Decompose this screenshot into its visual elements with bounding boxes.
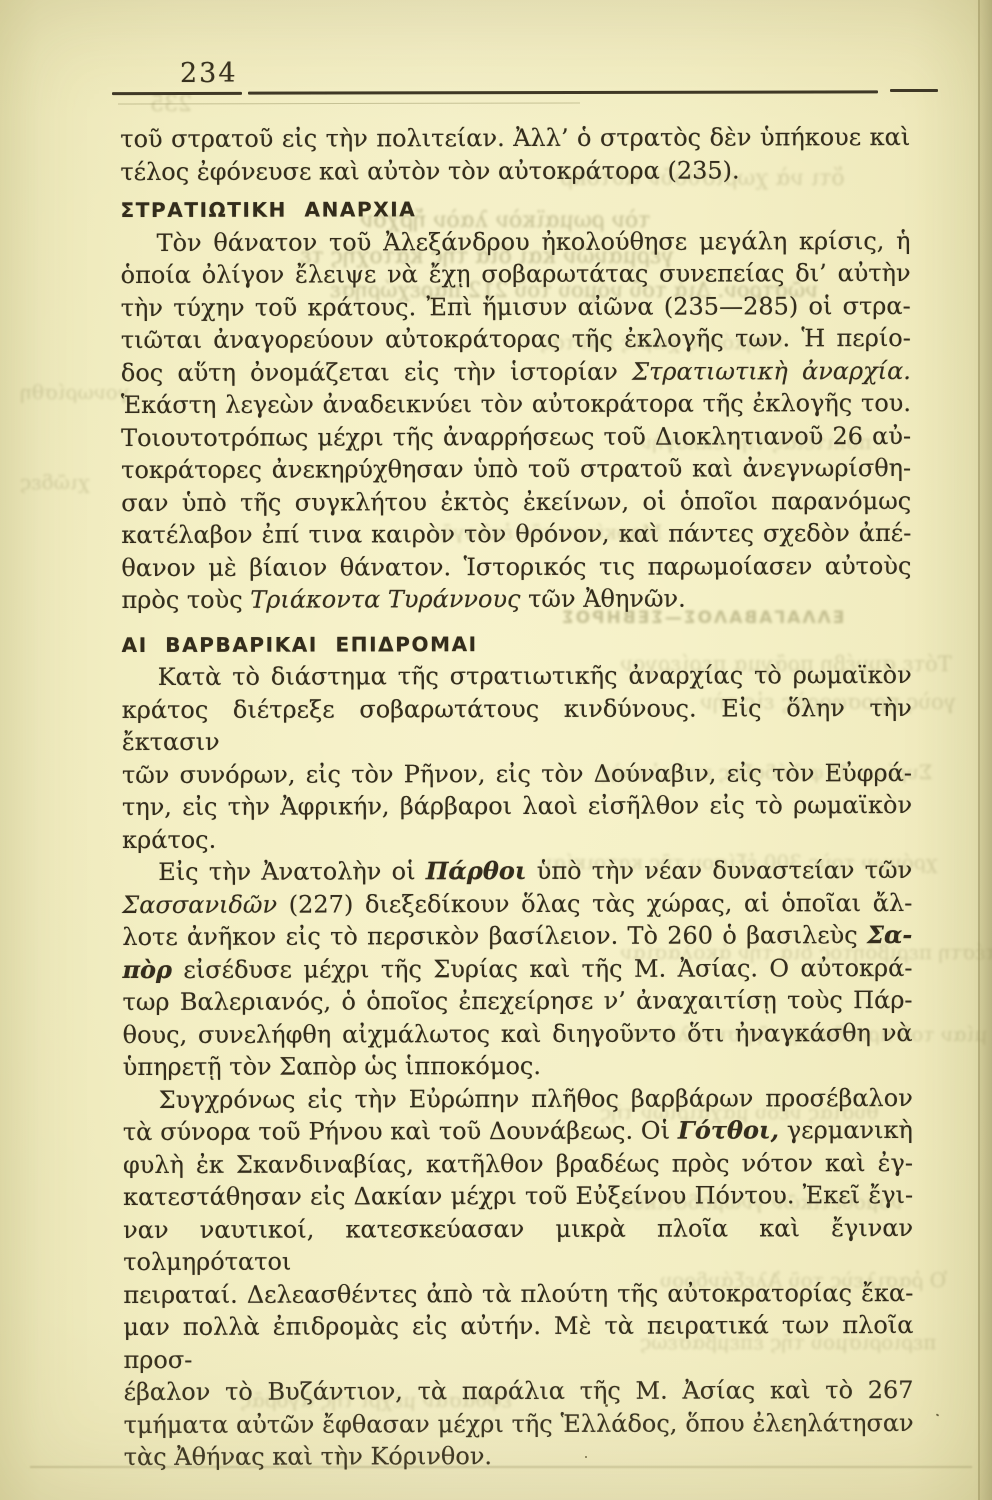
text-line: Σασσανιδῶν (227) διεξεδίκουν ὅλας τὰς χώ… [122, 886, 912, 921]
text-line: Συγχρόνως εἰς τὴν Εὐρώπην πλῆθος βαρβάρω… [123, 1081, 913, 1116]
text-line: κράτος. [122, 821, 912, 856]
text-line: πειραταί. Δελεασθέντες ἀπὸ τὰ πλούτη τῆς… [123, 1276, 913, 1311]
paragraph-parthians-sassanids: Εἰς τὴν Ἀνατολὴν οἱ Πάρθοι ὑπὸ τὴν νέαν … [122, 854, 913, 1084]
page-number: 234 [180, 58, 238, 89]
text-line: Ἑκάστη λεγεὼν ἀναδεικνύει τὸν αὐτοκράτορ… [121, 387, 911, 422]
text-line: έβαλον τὸ Βυζάντιον, τὰ παράλια τῆς Μ. Ἀ… [124, 1374, 914, 1409]
header-rule-left [112, 92, 242, 95]
text-column: τοῦ στρατοῦ εἰς τὴν πολιτείαν. Ἀλλ’ ὁ στ… [120, 121, 914, 1474]
text-line: φυλὴ ἐκ Σκανδιναβίας, κατῆλθον βραδέως π… [123, 1146, 913, 1181]
text-line: δος αὕτη ὀνομάζεται εἰς τὴν ἱστορίαν Στρ… [121, 354, 911, 389]
text-line: θανον μὲ βίαιον θάνατον. Ἱστορικός τις π… [121, 549, 911, 584]
paper-speck [936, 1413, 940, 1416]
paper-speck [585, 1456, 587, 1458]
paper-speck [605, 1404, 608, 1407]
text-line: τὴν τύχην τοῦ κράτους. Ἐπὶ ἥμισυν αἰῶνα … [121, 289, 911, 324]
bleedthrough-text: χιῶδες [20, 470, 90, 494]
paragraph-intro-continuation: τοῦ στρατοῦ εἰς τὴν πολιτείαν. Ἀλλ’ ὁ στ… [120, 121, 910, 188]
page-edge-shade [980, 0, 992, 1500]
text-line: τοῦ στρατοῦ εἰς τὴν πολιτείαν. Ἀλλ’ ὁ στ… [120, 121, 910, 156]
text-line: τοκράτορες ἀνεκηρύχθησαν ὑπὸ τοῦ στρατοῦ… [121, 452, 911, 487]
text-line: Κατὰ τὸ διάστημα τῆς στρατιωτικῆς ἀναρχί… [122, 659, 912, 694]
header-rule-echo [118, 103, 580, 105]
book-page: 235ὅτι νὰ χωρισθοῦν αὐτοκρτὸν ρωμαϊκὸν λ… [0, 0, 992, 1500]
text-line: Τοιουτοτρόπως μέχρι τῆς ἀναρρήσεως τοῦ Δ… [121, 419, 911, 454]
text-line: ναν ναυτικοί, κατεσκεύασαν μικρὰ πλοῖα κ… [123, 1211, 913, 1278]
text-line: θους, συνελήφθη αἰχμάλωτος καὶ διηγοῦντο… [123, 1016, 913, 1051]
section-heading-military-anarchy: ΣΤΡΑΤΙΩΤΙΚΗ ΑΝΑΡΧΙΑ [120, 192, 910, 227]
bleedthrough-text: γονωρίσθη [20, 380, 130, 404]
text-line: τιῶται ἀναγορεύουν αὐτοκράτορας τῆς ἐκλο… [121, 322, 911, 357]
text-line: κατέλαβον ἐπί τινα καιρὸν τὸν θρόνον, κα… [121, 517, 911, 552]
header-rule-middle [248, 90, 878, 94]
text-line: κράτος διέτρεξε σοβαρωτάτους κινδύνους. … [122, 691, 912, 758]
text-line: τῶν συνόρων, εἰς τὸν Ρῆνον, εἰς τὸν Δούν… [122, 756, 912, 791]
text-line: Τὸν θάνατον τοῦ Ἀλεξάνδρου ἠκολούθησε με… [121, 224, 911, 259]
text-line: τὰς Ἀθήνας καὶ τὴν Κόρινθον. [124, 1439, 914, 1474]
text-line: τέλος ἐφόνευσε καὶ αὐτὸν τὸν αὐτοκράτορα… [120, 153, 910, 188]
section-heading-barbarian-invasions: ΑΙ ΒΑΡΒΑΡΙΚΑΙ ΕΠΙΔΡΟΜΑΙ [122, 626, 912, 661]
text-line: την, εἰς τὴν Ἀφρικήν, βάρβαροι λαοὶ εἰσῆ… [122, 789, 912, 824]
paragraph-barbarian-danger: Κατὰ τὸ διάστημα τῆς στρατιωτικῆς ἀναρχί… [122, 659, 913, 856]
paragraph-military-anarchy: Τὸν θάνατον τοῦ Ἀλεξάνδρου ἠκολούθησε με… [121, 224, 912, 616]
text-line: λοτε ἀνῆκον εἰς τὸ περσικὸν βασίλειον. Τ… [122, 919, 912, 954]
text-line: τὰ σύνορα τοῦ Ρήνου καὶ τοῦ Δουνάβεως. Ο… [123, 1114, 913, 1149]
text-line: ὑπηρετῇ τὸν Σαπὸρ ὡς ἱπποκόμος. [123, 1049, 913, 1084]
text-line: τμήματα αὐτῶν ἔφθασαν μέχρι τῆς Ἑλλάδος,… [124, 1406, 914, 1441]
text-line: πρὸς τοὺς Τριάκοντα Τυράννους τῶν Ἀθηνῶν… [121, 582, 911, 617]
paragraph-goths: Συγχρόνως εἰς τὴν Εὐρώπην πλῆθος βαρβάρω… [123, 1081, 914, 1473]
text-line: Εἰς τὴν Ἀνατολὴν οἱ Πάρθοι ὑπὸ τὴν νέαν … [122, 854, 912, 889]
text-line: κατεστάθησαν εἰς Δακίαν μέχρι τοῦ Εὐξείν… [123, 1179, 913, 1214]
text-line: πὸρ εἰσέδυσε μέχρι τῆς Συρίας καὶ τῆς Μ.… [122, 951, 912, 986]
text-line: τωρ Βαλεριανός, ὁ ὁποῖος ἐπεχείρησε ν’ ἀ… [122, 984, 912, 1019]
text-line: σαν ὑπὸ τῆς συγκλήτου ἐκτὸς ἐκείνων, οἱ … [121, 484, 911, 519]
header-rule-right [890, 89, 938, 92]
text-line: μαν πολλὰ ἐπιδρομὰς εἰς αὐτήν. Μὲ τὰ πει… [123, 1309, 913, 1376]
text-line: ὁποία ὀλίγον ἔλειψε νὰ ἔχῃ σοβαρωτάτας σ… [121, 257, 911, 292]
